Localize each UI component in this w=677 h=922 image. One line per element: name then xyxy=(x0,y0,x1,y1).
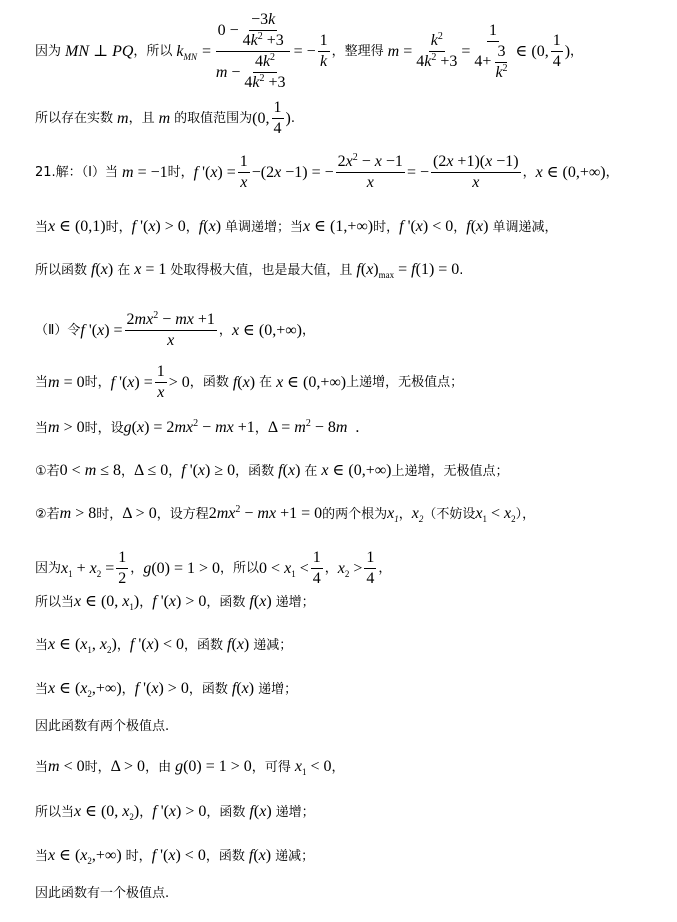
text: 处取得极大值，也是最大值，且 xyxy=(170,264,352,277)
math: f(x)max = f(1) = 0 xyxy=(352,262,459,278)
text: ， xyxy=(206,850,219,863)
text: 当 xyxy=(35,683,48,696)
fraction: 1x xyxy=(155,364,167,401)
text: ， xyxy=(235,465,248,478)
text: 单调递增； xyxy=(225,221,290,234)
line-one-extremum: 因此函数有一个极值点. xyxy=(35,887,169,900)
text: ， xyxy=(399,508,412,521)
math: f(x) xyxy=(245,848,275,864)
text: 由 xyxy=(158,761,171,774)
math: m xyxy=(113,111,129,127)
fraction: 12 xyxy=(116,550,128,587)
math: f(x) xyxy=(199,219,225,235)
math: f(x) xyxy=(228,681,258,697)
text: . xyxy=(291,112,295,125)
text: 的取值范围为 xyxy=(174,112,252,125)
text: 当 xyxy=(35,639,48,652)
text: ， xyxy=(378,562,391,575)
text: ， xyxy=(255,422,268,435)
math: 2mx2 − mx +1 = 0 xyxy=(209,506,322,522)
text: ， xyxy=(139,806,152,819)
text: ， xyxy=(219,324,232,337)
text: （不妨设 xyxy=(423,508,475,521)
math: x ∈ (0,+∞) xyxy=(232,323,302,339)
text: 当 xyxy=(35,850,48,863)
math: m > 8 xyxy=(60,506,97,522)
text: ①若 xyxy=(35,465,60,478)
math: x ∈ (0, x1) xyxy=(74,594,139,610)
text: 时， xyxy=(96,508,122,521)
text: ， xyxy=(206,596,219,609)
line-roots-sum: 因为 x1 + x2 = 12 ， g(0) = 1 > 0 ， 所以 0 < … xyxy=(35,550,391,587)
text: ， xyxy=(606,166,619,179)
math: = xyxy=(461,44,470,60)
math: x1 xyxy=(387,506,399,522)
text: ， xyxy=(252,761,265,774)
line-interval-1: 所以当 x ∈ (0, x1) ， f '(x) > 0 ， 函数 f(x) 递… xyxy=(35,594,315,610)
text: 函数 xyxy=(248,465,274,478)
text: . xyxy=(459,264,463,277)
text: ， xyxy=(453,221,466,234)
text: ， xyxy=(139,596,152,609)
text: 时， xyxy=(106,221,132,234)
math: f '(x) > 0 xyxy=(132,219,186,235)
text: 当 xyxy=(35,422,48,435)
text: 函数 xyxy=(219,806,245,819)
math: x1 < 0 xyxy=(291,759,332,775)
math: x ∈ (0,+∞) xyxy=(317,463,391,479)
line-monotonic: 当 x ∈ (0,1) 时， f '(x) > 0 ， f(x) 单调递增； 当… xyxy=(35,219,558,235)
math: f '(x) > 0 xyxy=(152,594,206,610)
text: 可得 xyxy=(265,761,291,774)
question-number: 21.解：（Ⅰ）当 xyxy=(35,166,118,179)
text: 时， xyxy=(168,166,194,179)
text: 所以当 xyxy=(35,806,74,819)
math: f(x) xyxy=(245,594,275,610)
math: x ∈ (x2,+∞) xyxy=(48,848,126,864)
math: g(x) = 2mx2 − mx +1 xyxy=(124,420,255,436)
math: MN xyxy=(61,44,93,60)
math: x ∈ (0,+∞) xyxy=(272,375,346,391)
math: 0 < m ≤ 8 xyxy=(60,463,121,479)
math: Δ ≤ 0 xyxy=(134,463,168,479)
line-interval-3: 当 x ∈ (x2,+∞) ， f '(x) > 0 ， 函数 f(x) 递增； xyxy=(35,681,297,697)
math: x ∈ (0,+∞) xyxy=(536,165,606,181)
line-kmn: 因为 MN ⊥ PQ ， 所以 kMN = 0 −−3k4k2 +3 m −4k… xyxy=(35,12,583,91)
fraction: (2x +1)(x −1)x xyxy=(431,154,521,191)
text: （Ⅱ）令 xyxy=(35,324,80,337)
fraction: 14 xyxy=(551,33,563,70)
text: 函数 xyxy=(203,376,229,389)
text: 时， xyxy=(85,376,111,389)
text: 所以存在实数 xyxy=(35,112,113,125)
text: ， xyxy=(186,221,199,234)
text: ②若 xyxy=(35,508,60,521)
math: m = 0 xyxy=(48,375,85,391)
text: ， xyxy=(523,166,536,179)
math: x = 1 xyxy=(130,262,170,278)
math: f '(x) < 0 xyxy=(152,848,206,864)
line-case1: ①若 0 < m ≤ 8 ， Δ ≤ 0 ， f '(x) ≥ 0 ， 函数 f… xyxy=(35,463,508,479)
math: Δ > 0 xyxy=(122,506,156,522)
text: ， xyxy=(130,562,143,575)
math: PQ xyxy=(112,44,133,60)
line-range-m: 所以存在实数 m ，且 m 的取值范围为 (0,14) . xyxy=(35,100,295,137)
text: 的两个根为 xyxy=(322,508,387,521)
fraction: 2x2 − x −1x xyxy=(336,154,405,191)
text: 函数 xyxy=(219,850,245,863)
text: 当 xyxy=(35,221,48,234)
fraction: 14 xyxy=(272,100,284,137)
math: f(x) xyxy=(466,219,492,235)
text: 因此函数有一个极值点. xyxy=(35,887,169,900)
text: 所以 xyxy=(233,562,259,575)
math: g(0) = 1 > 0 xyxy=(143,561,220,577)
text: 递增； xyxy=(276,596,315,609)
text: ， xyxy=(206,806,219,819)
text: 当 xyxy=(35,761,48,774)
text: ， xyxy=(302,324,315,337)
text: 设方程 xyxy=(170,508,209,521)
math: x ∈ (x1, x2) xyxy=(48,637,117,653)
math: x ∈ (1,+∞) xyxy=(303,219,373,235)
fraction: 1x xyxy=(238,154,250,191)
line-part2-derivative: （Ⅱ）令 f '(x) = 2mx2 − mx +1x ， x ∈ (0,+∞)… xyxy=(35,312,315,349)
text: 当 xyxy=(290,221,303,234)
math: f '(x) < 0 xyxy=(399,219,453,235)
fraction: 0 −−3k4k2 +3 m −4k24k2 +3 xyxy=(214,12,292,91)
text: 函数 xyxy=(219,596,245,609)
text: ， xyxy=(331,761,344,774)
math: g(0) = 1 > 0 xyxy=(171,759,252,775)
text: 所以 xyxy=(146,45,172,58)
text: ， xyxy=(220,562,233,575)
math: x ∈ (0, x2) xyxy=(74,804,139,820)
text: ， xyxy=(145,761,158,774)
fraction: 14+3k2 xyxy=(472,23,513,81)
math: Δ = m2 − 8m . xyxy=(268,420,360,436)
math: ⊥ xyxy=(93,44,112,60)
math: > 0 xyxy=(169,375,190,391)
text: 递增； xyxy=(258,683,297,696)
math: 0 < x1 < xyxy=(259,561,309,577)
fraction: 14 xyxy=(311,550,323,587)
line-m-zero: 当 m = 0 时， f '(x) = 1x > 0 ， 函数 f(x) 在 x… xyxy=(35,364,463,401)
math: m > 0 xyxy=(48,420,85,436)
math: x2 xyxy=(412,506,424,522)
math: m = −1 xyxy=(118,165,168,181)
text: 递减； xyxy=(275,850,314,863)
text: 递减； xyxy=(253,639,292,652)
math: f(x) xyxy=(274,463,304,479)
text: 设 xyxy=(111,422,124,435)
math: x2 > xyxy=(338,561,363,577)
math: m xyxy=(384,44,400,60)
math: x ∈ (x2,+∞) xyxy=(48,681,122,697)
text: 函数 xyxy=(197,639,223,652)
fraction: 1k xyxy=(318,33,330,70)
text: 整理得 xyxy=(345,45,384,58)
math: f '(x) = xyxy=(80,323,122,339)
text: ， xyxy=(117,639,130,652)
fraction: 2mx2 − mx +1x xyxy=(125,312,217,349)
text: ， xyxy=(190,376,203,389)
math: f '(x) > 0 xyxy=(135,681,189,697)
math: x ∈ (0,1) xyxy=(48,219,106,235)
math: = − xyxy=(407,165,429,181)
text: 在 xyxy=(304,465,317,478)
math: m xyxy=(155,111,175,127)
text: ， xyxy=(332,45,345,58)
math: Δ > 0 xyxy=(111,759,145,775)
text: ， xyxy=(570,45,583,58)
math: f(x) xyxy=(229,375,259,391)
text: 因为 xyxy=(35,562,61,575)
text: ）， xyxy=(516,508,536,521)
text: 在 xyxy=(259,376,272,389)
text: 函数 xyxy=(202,683,228,696)
text: ，且 xyxy=(129,112,155,125)
text: ， xyxy=(121,465,134,478)
math: f(x) xyxy=(87,262,117,278)
fraction: 14 xyxy=(364,550,376,587)
math: f '(x) = xyxy=(111,375,153,391)
text: 递增； xyxy=(276,806,315,819)
math: f '(x) < 0 xyxy=(130,637,184,653)
math: x1 + x2 = xyxy=(61,561,114,577)
line-two-extrema: 因此函数有两个极值点. xyxy=(35,720,169,733)
text: 因此函数有两个极值点. xyxy=(35,720,169,733)
text: 时， xyxy=(85,761,111,774)
text: 时， xyxy=(373,221,399,234)
fraction: k24k2 +3 xyxy=(414,33,459,70)
math: kMN = xyxy=(172,44,211,60)
math: f(x) xyxy=(245,804,275,820)
text: 在 xyxy=(117,264,130,277)
math: m < 0 xyxy=(48,759,85,775)
text: ， xyxy=(189,683,202,696)
line-neg-interval-1: 所以当 x ∈ (0, x2) ， f '(x) > 0 ， 函数 f(x) 递… xyxy=(35,804,315,820)
math: f '(x) ≥ 0 xyxy=(181,463,235,479)
math: −(2x −1) = − xyxy=(252,165,334,181)
text: ， xyxy=(184,639,197,652)
text: 时， xyxy=(85,422,111,435)
text: 当 xyxy=(35,376,48,389)
math: f(x) xyxy=(223,637,253,653)
text: ， xyxy=(122,683,135,696)
math: (0, xyxy=(252,111,269,127)
math: f '(x) > 0 xyxy=(152,804,206,820)
text: 单调递减， xyxy=(492,221,557,234)
text: 因为 xyxy=(35,45,61,58)
math: = xyxy=(399,44,412,60)
text: 上递增，无极值点； xyxy=(346,376,463,389)
line-q21-derivative: 21.解：（Ⅰ）当 m = −1 时， f '(x) = 1x −(2x −1)… xyxy=(35,154,619,191)
text: ， xyxy=(157,508,170,521)
math: ∈ (0, xyxy=(516,44,549,60)
text: 时， xyxy=(126,850,152,863)
text: ， xyxy=(133,45,146,58)
text: 上递增，无极值点； xyxy=(391,465,508,478)
line-m-negative: 当 m < 0 时， Δ > 0 ， 由 g(0) = 1 > 0 ， 可得 x… xyxy=(35,759,344,775)
text: ， xyxy=(325,562,338,575)
line-neg-interval-2: 当 x ∈ (x2,+∞) 时， f '(x) < 0 ， 函数 f(x) 递减… xyxy=(35,848,314,864)
math: f '(x) = xyxy=(194,165,236,181)
text: ， xyxy=(168,465,181,478)
math: = − xyxy=(294,44,316,60)
line-interval-2: 当 x ∈ (x1, x2) ， f '(x) < 0 ， 函数 f(x) 递减… xyxy=(35,637,292,653)
line-case2: ②若 m > 8 时， Δ > 0 ， 设方程 2mx2 − mx +1 = 0… xyxy=(35,506,535,522)
math: x1 < x2 xyxy=(475,506,515,522)
line-max-value: 所以函数 f(x) 在 x = 1 处取得极大值，也是最大值，且 f(x)max… xyxy=(35,262,463,278)
text: 所以函数 xyxy=(35,264,87,277)
line-m-positive: 当 m > 0 时， 设 g(x) = 2mx2 − mx +1 ， Δ = m… xyxy=(35,420,359,436)
text: 所以当 xyxy=(35,596,74,609)
